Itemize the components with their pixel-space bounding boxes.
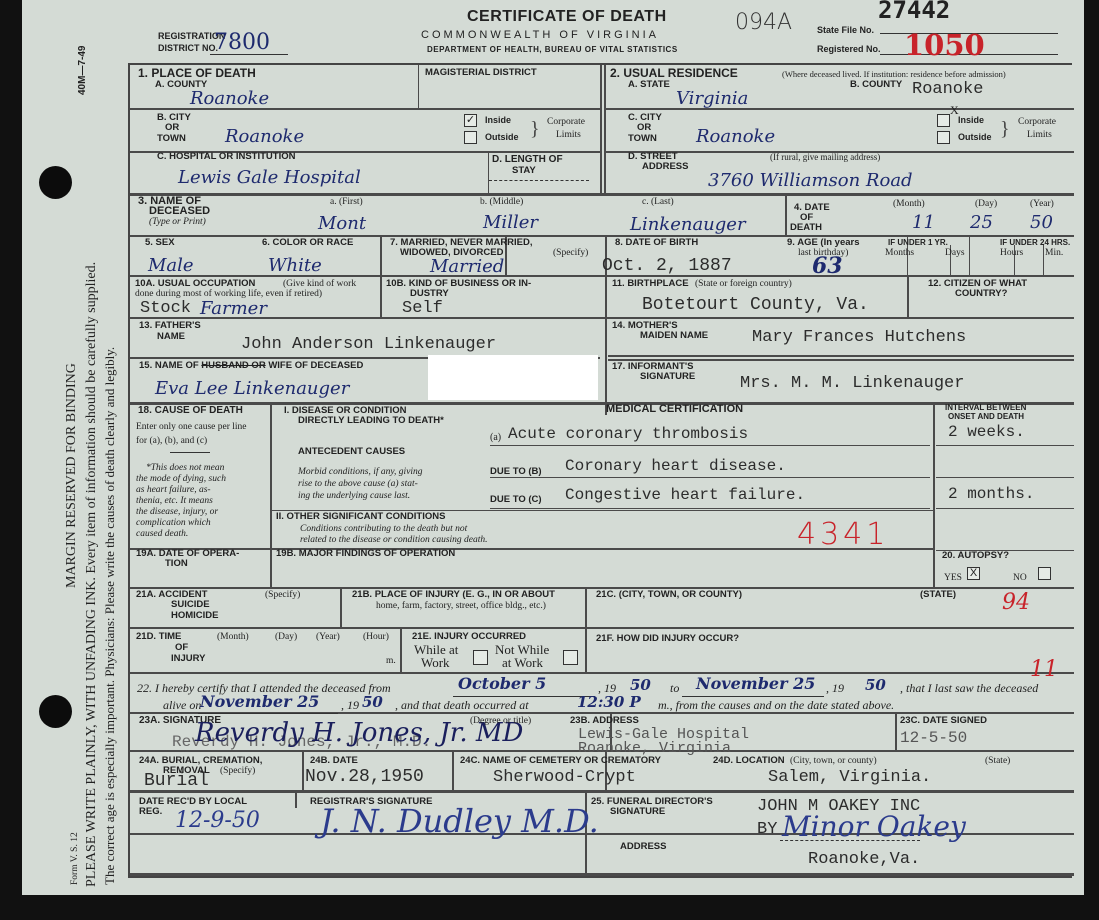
op-date-label-2: TION (165, 559, 188, 569)
death-time: 12:30 P (577, 693, 641, 711)
death-corporate-label-1: Corporate (547, 117, 585, 127)
while-at-work-label: Work (421, 656, 450, 669)
attended-to-year: 50 (865, 676, 886, 694)
death-inside-label: Inside (485, 115, 511, 125)
interval-c-value: 2 months. (948, 485, 1034, 503)
residence-note: (Where deceased lived. If institution: r… (782, 69, 1006, 79)
other-note: related to the disease or condition caus… (300, 535, 488, 545)
residence-label: 2. USUAL RESIDENCE (610, 67, 738, 79)
specify-label: (Specify) (265, 590, 300, 600)
other-conditions-label: II. OTHER SIGNIFICANT CONDITIONS (276, 512, 445, 522)
injury-hour-label: (Hour) (363, 632, 389, 642)
death-county-value: Roanoke (190, 88, 269, 109)
middle-name-value: Miller (483, 212, 538, 233)
spouse-value: Eva Lee Linkenauger (155, 378, 349, 399)
cause-star-note: the mode of dying, such (136, 474, 226, 484)
handwritten-code: 094A (735, 10, 792, 35)
injury-m-label: m. (386, 656, 396, 666)
antecedent-label: ANTECEDENT CAUSES (298, 447, 405, 457)
burial-state-label: (State) (985, 756, 1010, 766)
sex-label: 5. SEX (145, 238, 175, 248)
occupation-value-typed: Stock (140, 299, 191, 318)
age-label-1: 9. AGE (In years (787, 238, 860, 248)
marital-specify: (Specify) (553, 248, 588, 258)
brace: } (530, 114, 540, 144)
alive-on-label: alive on (163, 700, 201, 710)
cause-a-value: Acute coronary thrombosis (508, 425, 748, 443)
magisterial-district-label: MAGISTERIAL DISTRICT (425, 68, 537, 78)
race-value: White (268, 255, 322, 276)
autopsy-label: 20. AUTOPSY? (942, 551, 1009, 561)
time-of-injury-label: 21d. TIME (136, 632, 181, 642)
attended-to-date: November 25 (696, 674, 815, 693)
registered-label: Registered No. (817, 44, 881, 54)
year-prefix: , 19 (341, 700, 359, 710)
last-name-value: Linkenauger (630, 214, 746, 235)
alive-on-year: 50 (362, 693, 383, 711)
cause-note-1: Enter only one cause per line (136, 422, 247, 432)
res-state-value: Virginia (676, 88, 748, 109)
attended-from-date: October 5 (458, 674, 546, 693)
res-city-value: Roanoke (696, 126, 775, 147)
autopsy-yes-label: YES (944, 573, 962, 583)
race-label: 6. COLOR OR RACE (262, 238, 353, 248)
citizen-label-2: COUNTRY? (955, 289, 1007, 299)
suicide-label: SUICIDE (171, 600, 210, 610)
redacted-field (428, 355, 598, 400)
margin-reserved-text: MARGIN RESERVED FOR BINDING (64, 363, 80, 588)
res-city-label-3: TOWN (628, 134, 657, 144)
interval-label-2: ONSET AND DEATH (948, 412, 1024, 421)
injury-city-label: 21c. (CITY, TOWN, OR COUNTY) (596, 590, 742, 600)
morbid-note: ing the underlying cause last. (298, 491, 410, 501)
res-outside-checkbox[interactable] (937, 131, 950, 144)
informant-label-2: SIGNATURE (640, 372, 695, 382)
burial-location-note: (City, town, or county) (790, 756, 877, 766)
degree-label: (Degree or title) (470, 716, 531, 726)
death-outside-checkbox[interactable] (464, 131, 477, 144)
cause-star-note: caused death. (136, 529, 188, 539)
res-corporate-label-1: Corporate (1018, 117, 1056, 127)
months-label: Months (885, 248, 914, 258)
res-inside-label: Inside (958, 115, 984, 125)
burial-date-label: 24b. DATE (310, 756, 358, 766)
form-code: 40M—7-49 (77, 46, 88, 95)
res-corporate-label-2: Limits (1027, 130, 1052, 140)
informant-value: Mrs. M. M. Linkenauger (740, 374, 964, 393)
red-code-4341: 4341 (797, 517, 889, 552)
dod-day-label: (Day) (975, 199, 997, 209)
cause-star-note: the disease, injury, or (136, 507, 218, 517)
res-county-value: Roanoke (912, 80, 983, 99)
business-label-1: 10b. KIND OF BUSINESS OR IN- (386, 279, 531, 289)
cert-line-1-end: , that I last saw the deceased (900, 683, 1038, 693)
father-value: John Anderson Linkenauger (241, 335, 496, 354)
cause-c-label: DUE TO (c) (490, 495, 542, 505)
dod-month: 11 (912, 212, 935, 233)
burial-specify: (Specify) (220, 766, 255, 776)
place-of-injury-label: 21b. PLACE OF INJURY (e. g., in or about (352, 590, 555, 600)
date-signed-value: 12-5-50 (900, 729, 967, 747)
first-name-label: a. (First) (330, 197, 363, 207)
morbid-note: Morbid conditions, if any, giving (298, 467, 423, 477)
dob-value: Oct. 2, 1887 (602, 256, 732, 276)
cause-star-note: thenia, etc. It means (136, 496, 213, 506)
not-while-at-work-label: at Work (502, 656, 543, 669)
funeral-address-label: ADDRESS (620, 842, 666, 852)
under-24hrs-label: IF UNDER 24 HRS. (1000, 238, 1070, 247)
autopsy-no-checkbox[interactable] (1038, 567, 1051, 580)
department-label: DEPARTMENT OF HEALTH, BUREAU OF VITAL ST… (427, 45, 678, 54)
other-note: Conditions contributing to the death but… (300, 524, 467, 534)
funeral-director-label-2: SIGNATURE (610, 807, 665, 817)
res-inside-mark: X (950, 105, 959, 115)
street-note: (If rural, give mailing address) (770, 152, 880, 162)
red-code-94: 94 (1002, 590, 1030, 615)
stay-label-2: STAY (512, 166, 536, 176)
mother-label-2: MAIDEN NAME (640, 331, 708, 341)
cause-a-label: (a) (490, 433, 501, 443)
injury-year-label: (Year) (316, 632, 340, 642)
death-occurred-label: , and that death occurred at (395, 700, 529, 710)
cause-star-note: complication which (136, 518, 211, 528)
mother-value: Mary Frances Hutchens (752, 328, 966, 347)
name-label-3: (Type or Print) (149, 217, 206, 227)
interval-a-value: 2 weeks. (948, 423, 1025, 441)
date-received-value: 12-9-50 (175, 808, 260, 833)
cemetery-label: 24c. NAME OF CEMETERY OR CREMATORY (460, 756, 661, 766)
street-label-2: ADDRESS (642, 162, 688, 172)
birthplace-value: Botetourt County, Va. (642, 295, 869, 315)
binding-hole-top (39, 166, 72, 199)
red-code-11: 11 (1030, 657, 1058, 682)
res-outside-label: Outside (958, 132, 992, 142)
cause-star-note: as heart failure, as- (136, 485, 211, 495)
place-of-death-label: 1. PLACE OF DEATH (138, 67, 256, 79)
morbid-note: rise to the above cause (a) stat- (298, 479, 418, 489)
funeral-director-signature: Minor Oakey (782, 810, 966, 843)
certificate-subtitle: COMMONWEALTH OF VIRGINIA (421, 29, 659, 41)
father-label-2: NAME (157, 332, 185, 342)
death-inside-checkbox[interactable]: ✓ (464, 114, 477, 127)
by-label: BY (757, 820, 777, 839)
birthplace-note: (State or foreign country) (695, 279, 792, 289)
hospital-label: c. HOSPITAL OR INSTITUTION (157, 152, 295, 162)
res-state-label: a. STATE (628, 80, 670, 90)
funeral-address-value: Roanoke,Va. (808, 850, 920, 869)
registrar-signature: J. N. Dudley M.D. (320, 802, 599, 840)
res-city-label-2: OR (637, 123, 651, 133)
injury-month-label: (Month) (217, 632, 249, 642)
date-signed-label: 23c. DATE SIGNED (900, 716, 987, 726)
date-received-label-2: REG. (139, 807, 162, 817)
state-file-number: 27442 (878, 0, 950, 24)
first-name-value: Mont (318, 213, 366, 234)
dod-day: 25 (970, 212, 993, 233)
hospital-value: Lewis Gale Hospital (178, 167, 361, 188)
res-county-label: b. COUNTY (850, 80, 902, 90)
time-of-injury-label: OF (175, 643, 188, 653)
certificate-title: CERTIFICATE OF DEATH (467, 8, 667, 26)
city-label-3: TOWN (157, 134, 186, 144)
interval-label-1: INTERVAL BETWEEN (945, 403, 1026, 412)
binding-hole-bottom (39, 695, 72, 728)
medical-certification-title: MEDICAL CERTIFICATION (606, 404, 743, 414)
attended-from-year: 50 (630, 676, 651, 694)
to-label: to (670, 683, 679, 693)
death-city-value: Roanoke (225, 126, 304, 147)
physician-address-label: 23b. ADDRESS (570, 716, 639, 726)
cause-of-death-label: 18. CAUSE OF DEATH (138, 406, 243, 416)
business-value: Self (402, 299, 443, 318)
occupation-value: Farmer (200, 298, 267, 319)
burial-date-value: Nov.28,1950 (305, 767, 424, 787)
autopsy-no-label: NO (1013, 573, 1027, 583)
injury-day-label: (Day) (275, 632, 297, 642)
while-at-work-checkbox[interactable] (473, 650, 488, 665)
dod-year-label: (Year) (1030, 199, 1054, 209)
last-name-label: c. (Last) (642, 197, 674, 207)
cause-b-value: Coronary heart disease. (565, 457, 786, 475)
death-corporate-label-2: Limits (556, 130, 581, 140)
op-findings-label: 19b. MAJOR FINDINGS OF OPERATION (276, 549, 455, 559)
form-number: Form V. S. 12 (70, 832, 80, 885)
place-of-injury-note: home, farm, factory, street, office bldg… (376, 601, 546, 611)
injury-occurred-label: 21e. INJURY OCCURRED (412, 632, 526, 642)
dob-label: 8. DATE OF BIRTH (615, 238, 698, 248)
father-label-1: 13. FATHER'S (139, 321, 201, 331)
instruction-line-1: PLEASE WRITE PLAINLY, WITH UNFADING INK.… (84, 262, 100, 887)
occupation-note-1: (Give kind of work (283, 279, 356, 289)
marital-value: Married (430, 256, 504, 277)
dod-label-3: DEATH (790, 223, 822, 233)
cause-note-2: for (a), (b), and (c) (136, 436, 207, 446)
stay-label-1: d. LENGTH OF (492, 155, 563, 165)
under-1yr-label: IF UNDER 1 YR. (888, 238, 948, 247)
autopsy-yes-checkbox[interactable]: X (967, 567, 980, 580)
disease-label-2: DIRECTLY LEADING TO DEATH* (298, 416, 444, 426)
not-while-at-work-checkbox[interactable] (563, 650, 578, 665)
burial-method-value: Burial (144, 771, 209, 791)
cemetery-value: Sherwood-Crypt (493, 768, 636, 787)
year-prefix: , 19 (598, 683, 616, 693)
alive-on-date: November 25 (200, 692, 319, 711)
name-label-2: DECEASED (149, 206, 210, 217)
min-label: Min. (1045, 248, 1063, 258)
dod-year: 50 (1030, 212, 1053, 233)
how-injury-label: 21f. HOW DID INJURY OCCUR? (596, 634, 739, 644)
res-inside-checkbox[interactable] (937, 114, 950, 127)
registered-number: 1050 (904, 28, 985, 62)
city-label-2: OR (165, 123, 179, 133)
business-label-2: DUSTRY (410, 289, 449, 299)
occupation-label: 10a. USUAL OCCUPATION (135, 279, 255, 289)
cause-c-value: Congestive heart failure. (565, 486, 805, 504)
homicide-label: HOMICIDE (171, 611, 219, 621)
birthplace-label: 11. BIRTHPLACE (612, 279, 689, 289)
state-file-label: State File No. (817, 25, 874, 35)
death-outside-label: Outside (485, 132, 519, 142)
time-of-injury-label: INJURY (171, 654, 206, 664)
cause-star-note: *This does not mean (146, 463, 224, 473)
hours-label: Hours (1000, 248, 1023, 258)
sex-value: Male (148, 255, 194, 276)
registration-district-no: 7800 (214, 30, 270, 55)
street-value: 3760 Williamson Road (708, 170, 913, 191)
instruction-line-2: The correct age is especially important.… (102, 347, 118, 885)
middle-name-label: b. (Middle) (480, 197, 523, 207)
days-label: Days (945, 248, 965, 258)
year-prefix: , 19 (826, 683, 844, 693)
registration-label-2: District No. (158, 43, 218, 53)
age-value: 63 (812, 253, 843, 279)
burial-location-label: 24d. LOCATION (713, 756, 785, 766)
burial-location-value: Salem, Virginia. (768, 768, 931, 787)
cert-line-2-end: m., from the causes and on the date stat… (658, 700, 894, 710)
dod-month-label: (Month) (893, 199, 925, 209)
spouse-label: 15. NAME OF HUSBAND OR WIFE OF DECEASED (139, 361, 363, 371)
cause-b-label: DUE TO (b) (490, 467, 542, 477)
injury-state-label: (STATE) (920, 590, 956, 600)
